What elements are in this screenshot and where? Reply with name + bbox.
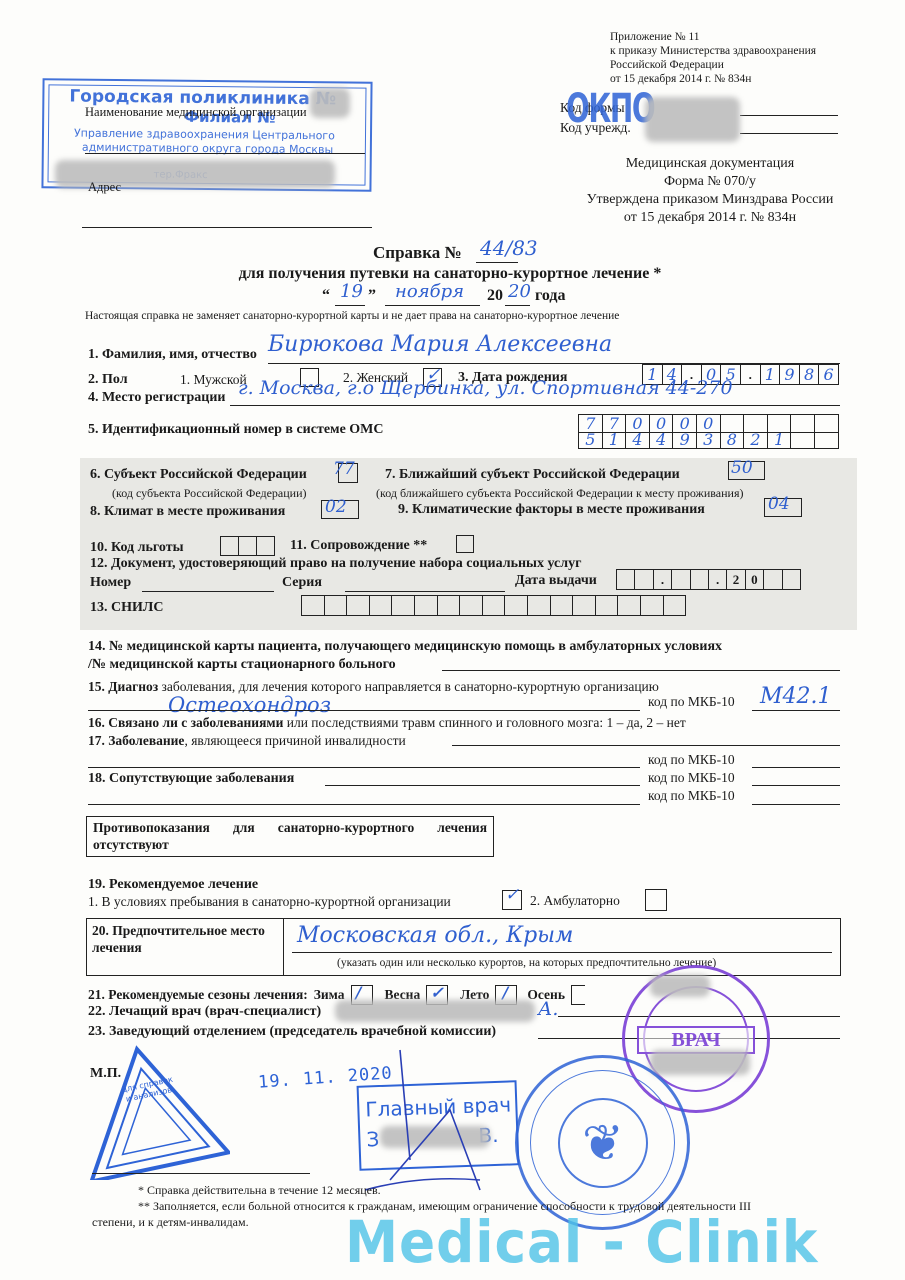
- cell: [596, 596, 619, 615]
- f12-label: 12. Документ, удостоверяющий право на по…: [90, 556, 581, 572]
- f19-opt2-label: 2. Амбулаторно: [530, 893, 620, 909]
- cell: 2: [727, 570, 745, 589]
- f9-code-box[interactable]: 04: [764, 498, 802, 517]
- f9-value: 04: [768, 494, 790, 514]
- f10-label: 10. Код льготы: [90, 540, 184, 556]
- f2-male-label: 1. Мужской: [180, 372, 247, 388]
- f15-mkb-label: код по МКБ-10: [648, 694, 735, 710]
- f12-series-line[interactable]: [345, 591, 505, 592]
- appendix-line: Российской Федерации: [610, 58, 816, 72]
- date-day-line: [335, 305, 365, 306]
- cell: .: [709, 570, 727, 589]
- doc-type-block: Медицинская документация Форма № 070/у У…: [560, 155, 860, 227]
- f4-label: 4. Место регистрации: [88, 390, 226, 406]
- date-open-quote: “: [322, 287, 330, 305]
- cell: [415, 596, 438, 615]
- cell: [370, 596, 393, 615]
- f16-label: 16. Связано ли с заболеваниями или после…: [88, 715, 686, 731]
- date-year-prefix: 20: [487, 287, 503, 305]
- appendix-line: от 15 декабря 2014 г. № 834н: [610, 72, 816, 86]
- cell: [664, 596, 687, 615]
- doc-type-line: Форма № 070/у: [560, 173, 860, 191]
- f18-label: 18. Сопутствующие заболевания: [88, 771, 294, 787]
- footnote-divider: [92, 1173, 310, 1174]
- redacted-area: [645, 97, 740, 142]
- f15-value[interactable]: Остеохондроз: [168, 693, 331, 717]
- cell: .: [741, 365, 761, 384]
- cell: [672, 570, 690, 589]
- f14-label: 14. № медицинской карты пациента, получа…: [88, 639, 722, 655]
- org-name-line: [85, 153, 365, 154]
- cell: [783, 570, 801, 589]
- f10-benefit-code-cells[interactable]: [220, 536, 275, 556]
- f23-label: 23. Заведующий отделением (председатель …: [88, 1024, 496, 1040]
- date-year-suffix: 20: [508, 281, 531, 302]
- signature-icon: [360, 1040, 540, 1200]
- f18-code-line-2[interactable]: [752, 804, 840, 805]
- cell: 0: [746, 570, 764, 589]
- cell: 4: [650, 431, 674, 448]
- redacted-area: [650, 1050, 750, 1075]
- f12-number-label: Номер: [90, 575, 131, 591]
- f22-label: 22. Лечащий врач (врач-специалист): [88, 1004, 321, 1020]
- f13-label: 13. СНИЛС: [90, 600, 163, 616]
- f15-code-line: [752, 710, 840, 711]
- certificate-number: 44/83: [480, 236, 538, 260]
- redacted-area: [335, 1000, 535, 1022]
- f12-issue-date-cells[interactable]: ..20: [616, 569, 801, 590]
- f7-value: 50: [731, 458, 753, 478]
- f22-signature: А.: [538, 998, 558, 1020]
- f18-mkb-label-2: код по МКБ-10: [648, 788, 735, 804]
- f1-value[interactable]: Бирюкова Мария Алексеевна: [268, 332, 612, 357]
- org-name-label: Наименование медицинской организации: [85, 105, 307, 120]
- f1-label: 1. Фамилия, имя, отчество: [88, 347, 257, 363]
- f16-label-rest: или последствиями травм спинного и голов…: [283, 715, 685, 730]
- f20-line: [292, 952, 832, 953]
- cell: 1: [761, 365, 781, 384]
- f21-label: 21. Рекомендуемые сезоны лечения:: [88, 987, 308, 1003]
- f12-number-line[interactable]: [142, 591, 274, 592]
- cell: [617, 570, 635, 589]
- cell: 3: [697, 431, 721, 448]
- f19-opt2-checkbox[interactable]: [645, 889, 667, 911]
- f13-snils-cells[interactable]: [301, 595, 686, 616]
- f6-hint: (код субъекта Российской Федерации): [112, 486, 307, 501]
- f20-hint: (указать один или несколько курортов, на…: [337, 957, 716, 969]
- date-month: ноября: [395, 281, 464, 302]
- f15-mkb-code[interactable]: М42.1: [760, 684, 832, 709]
- cell: 9: [673, 431, 697, 448]
- f11-escort-checkbox[interactable]: [456, 535, 474, 553]
- cell: [618, 596, 641, 615]
- footnote-1: * Справка действительна в течение 12 мес…: [138, 1183, 381, 1198]
- f5-oms-cells-row2[interactable]: 514493821: [578, 431, 839, 449]
- cell: [438, 596, 461, 615]
- cell: 4: [626, 431, 650, 448]
- f14-line[interactable]: [442, 670, 840, 671]
- cell: [239, 537, 257, 555]
- f17-label-rest: , являющееся причиной инвалидности: [184, 733, 405, 748]
- eagle-emblem-icon: ❦: [558, 1098, 648, 1188]
- f20-label: 20. Предпочтительное место лечения: [87, 919, 284, 975]
- cell: [325, 596, 348, 615]
- f4-value[interactable]: г. Москва, г.о Щербинка, ул. Спортивная …: [238, 377, 733, 399]
- appendix-line: Приложение № 11: [610, 30, 816, 44]
- cell: 8: [721, 431, 745, 448]
- cell: 6: [819, 365, 839, 384]
- f17-code-line[interactable]: [752, 767, 840, 768]
- okpo-stamp: ОКПО: [566, 86, 654, 132]
- triangle-stamp: [70, 1040, 230, 1180]
- cell: [528, 596, 551, 615]
- cell: [691, 570, 709, 589]
- address-line: [82, 227, 372, 228]
- f20-table: 20. Предпочтительное место лечения Моско…: [86, 918, 841, 976]
- appendix-block: Приложение № 11 к приказу Министерства з…: [610, 30, 816, 86]
- f2-label: 2. Пол: [88, 372, 128, 388]
- institution-code-line: [740, 133, 838, 134]
- f19-opt1-label: 1. В условиях пребывания в санаторно-кур…: [88, 894, 451, 910]
- f18-mkb-label: код по МКБ-10: [648, 770, 735, 786]
- f15-line: [88, 710, 640, 711]
- f19-opt1-checkbox[interactable]: ✓: [502, 890, 522, 910]
- f6-label: 6. Субъект Российской Федерации: [90, 467, 307, 483]
- cell: .: [654, 570, 672, 589]
- date-month-line: [385, 305, 480, 306]
- cell: [815, 431, 839, 448]
- cell: [302, 596, 325, 615]
- f18-code-line[interactable]: [752, 785, 840, 786]
- f17-label: 17. Заболевание, являющееся причиной инв…: [88, 733, 406, 749]
- clinic-stamp-line: Управление здравоохранения Центрального: [74, 127, 335, 143]
- cell: [573, 596, 596, 615]
- cell: [791, 415, 815, 432]
- certificate-number-line: [476, 262, 518, 263]
- f18-line[interactable]: [325, 785, 640, 786]
- f12-date-label: Дата выдачи: [515, 573, 597, 589]
- f16-label-bold: 16. Связано ли с заболеваниями: [88, 715, 283, 730]
- appendix-line: к приказу Министерства здравоохранения: [610, 44, 816, 58]
- cell: [791, 431, 815, 448]
- f17-label-bold: 17. Заболевание: [88, 733, 184, 748]
- contraindications-box: Противопоказания для санаторно-курортног…: [86, 816, 494, 857]
- f6-value: 77: [333, 459, 355, 479]
- form-code-line: [740, 115, 838, 116]
- certificate-label: Справка №: [373, 243, 462, 263]
- f12-series-label: Серия: [282, 575, 322, 591]
- f9-label: 9. Климатические факторы в месте прожива…: [398, 502, 705, 518]
- date-year-line: [505, 305, 530, 306]
- cell: [257, 537, 275, 555]
- cell: 9: [780, 365, 800, 384]
- f8-code-box[interactable]: 02: [321, 500, 359, 519]
- cell: [815, 415, 839, 432]
- date-day: 19: [340, 281, 363, 302]
- watermark: Medical - Clinik: [345, 1208, 818, 1276]
- cell: [551, 596, 574, 615]
- f17-line-2[interactable]: [88, 767, 640, 768]
- f15-label-rest: заболевания, для лечения которого направ…: [158, 679, 659, 694]
- cell: 1: [768, 431, 792, 448]
- cell: [635, 570, 653, 589]
- cell: 2: [744, 431, 768, 448]
- f15-label-bold: 15. Диагноз: [88, 679, 158, 694]
- f11-label: 11. Сопровождение **: [290, 538, 427, 554]
- cell: [392, 596, 415, 615]
- doc-type-line: Медицинская документация: [560, 155, 860, 173]
- cell: [641, 596, 664, 615]
- redacted-area: [310, 88, 350, 118]
- f18-line-2[interactable]: [88, 804, 640, 805]
- f4-line: [230, 405, 840, 406]
- f7-label: 7. Ближайший субъект Российской Федераци…: [385, 467, 680, 483]
- redacted-area: [650, 975, 710, 997]
- certificate-note: Настоящая справка не заменяет санаторно-…: [85, 310, 619, 322]
- check-mark-icon: ✓: [505, 885, 519, 905]
- f17-line[interactable]: [452, 745, 840, 746]
- f17-mkb-label: код по МКБ-10: [648, 752, 735, 768]
- cell: 5: [579, 431, 603, 448]
- cell: [460, 596, 483, 615]
- season-autumn-checkbox[interactable]: [571, 985, 585, 1005]
- cell: 8: [800, 365, 820, 384]
- f8-label: 8. Климат в месте проживания: [90, 504, 285, 520]
- f5-label: 5. Идентификационный номер в системе ОМС: [88, 422, 384, 438]
- f14-label-2: /№ медицинской карты стационарного больн…: [88, 657, 396, 673]
- f20-value[interactable]: Московская обл., Крым: [297, 923, 573, 948]
- f6-code-box[interactable]: 77: [338, 463, 358, 483]
- cell: [505, 596, 528, 615]
- address-label: Адрес: [88, 180, 121, 195]
- doc-type-line: Утверждена приказом Минздрава России: [560, 191, 860, 209]
- cell: [221, 537, 239, 555]
- cell: 1: [603, 431, 627, 448]
- date-close-quote: ”: [368, 287, 376, 305]
- f8-value: 02: [325, 497, 347, 517]
- f19-label: 19. Рекомендуемое лечение: [88, 877, 258, 893]
- doc-type-line: от 15 декабря 2014 г. № 834н: [560, 209, 860, 227]
- cell: [764, 570, 782, 589]
- f7-code-box[interactable]: 50: [728, 461, 765, 480]
- date-year-word: года: [535, 287, 566, 305]
- footnote-2-cont: степени, и к детям-инвалидам.: [92, 1215, 249, 1230]
- cell: [347, 596, 370, 615]
- f7-hint: (код ближайшего субъекта Российской Феде…: [376, 486, 743, 501]
- cell: [483, 596, 506, 615]
